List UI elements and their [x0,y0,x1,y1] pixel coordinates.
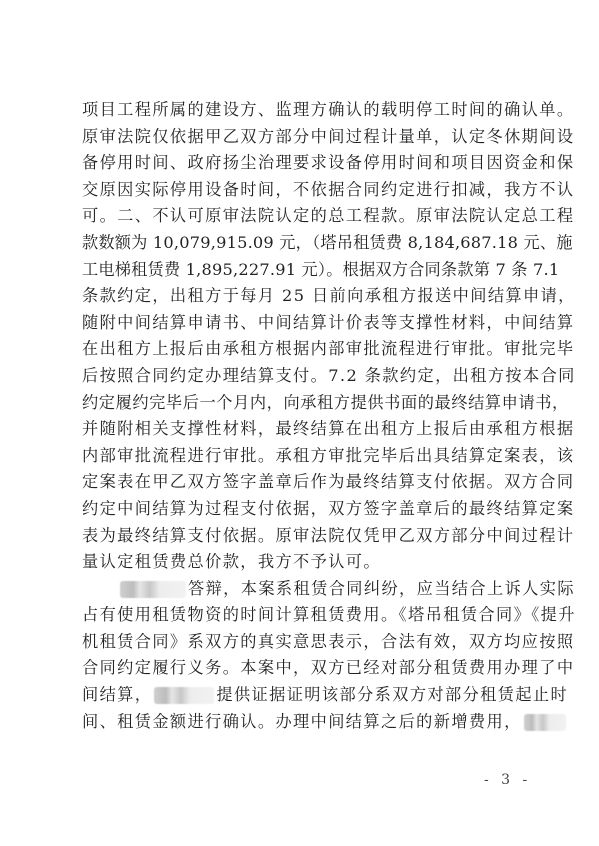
redacted-party-name [154,687,214,704]
document-body: 项目工程所属的建设方、监理方确认的载明停工时间的确认单。 原审法院仅依据甲乙双方… [82,97,522,735]
text-line: 约定中间结算为过程支付依据，双方签字盖章后的最终结算定案 [82,496,522,523]
text-line: 随附中间结算申请书、中间结算计价表等支撑性材料，中间结算 [82,310,522,337]
text-line: 量认定租赁费总价款，我方不予认可。 [82,549,522,576]
text-fragment: 提供证据证明该部分系双方对部分租赁起止时 [216,685,568,704]
text-line: 在出租方上报后由承租方根据内部审批流程进行审批。审批完毕 [82,336,522,363]
text-fragment: 答辩，本案系租赁合同纠纷，应当结合上诉人实际 [188,579,575,598]
text-line: 占有使用租赁物资的时间计算租赁费用。《塔吊租赁合同》《提升 [82,602,522,629]
text-fragment: 间结算， [82,685,152,704]
paragraph-2-line-1: 答辩，本案系租赁合同纠纷，应当结合上诉人实际 [82,576,522,603]
text-line: 约定履约完毕后一个月内，向承租方提供书面的最终结算申请书， [82,390,522,417]
text-line: 条款约定，出租方于每月 25 日前向承租方报送中间结算申请， [82,283,522,310]
text-line: 交原因实际停用设备时间，不依据合同约定进行扣减，我方不认 [82,177,522,204]
text-line: 合同约定履行义务。本案中，双方已经对部分租赁费用办理了中 [82,655,522,682]
text-line: 可。二、不认可原审法院认定的总工程款。原审法院认定总工程 [82,203,522,230]
text-line: 项目工程所属的建设方、监理方确认的载明停工时间的确认单。 [82,97,522,124]
text-fragment: 间、租赁金额进行确认。办理中间结算之后的新增费用， [82,712,522,731]
text-line: 后按照合同约定办理结算支付。7.2 条款约定，出租方按本合同 [82,363,522,390]
text-line: 备停用时间、政府扬尘治理要求设备停用时间和项目因资金和保 [82,150,522,177]
redacted-party-name [524,714,566,731]
text-line: 原审法院仅依据甲乙双方部分中间过程计量单，认定冬休期间设 [82,124,522,151]
document-page: 项目工程所属的建设方、监理方确认的载明停工时间的确认单。 原审法院仅依据甲乙双方… [0,0,599,846]
text-line: 款数额为 10,079,915.09 元，（塔吊租赁费 8,184,687.18… [82,230,522,257]
page-number: - 3 - [484,772,531,788]
text-line: 定案表在甲乙双方签字盖章后作为最终结算支付依据。双方合同 [82,469,522,496]
text-line: 并随附相关支撑性材料，最终结算在出租方上报后由承租方根据 [82,416,522,443]
paragraph-2-line-6: 间、租赁金额进行确认。办理中间结算之后的新增费用， [82,709,522,736]
redacted-party-name [120,581,186,598]
text-line: 机租赁合同》系双方的真实意思表示，合法有效，双方均应按照 [82,629,522,656]
paragraph-2-line-5: 间结算，提供证据证明该部分系双方对部分租赁起止时 [82,682,522,709]
text-line: 表为最终结算支付依据。原审法院仅凭甲乙双方部分中间过程计 [82,523,522,550]
text-line: 内部审批流程进行审批。承租方审批完毕后出具结算定案表，该 [82,443,522,470]
text-line: 工电梯租赁费 1,895,227.91 元）。根据双方合同条款第 7 条 7.1 [82,257,522,284]
